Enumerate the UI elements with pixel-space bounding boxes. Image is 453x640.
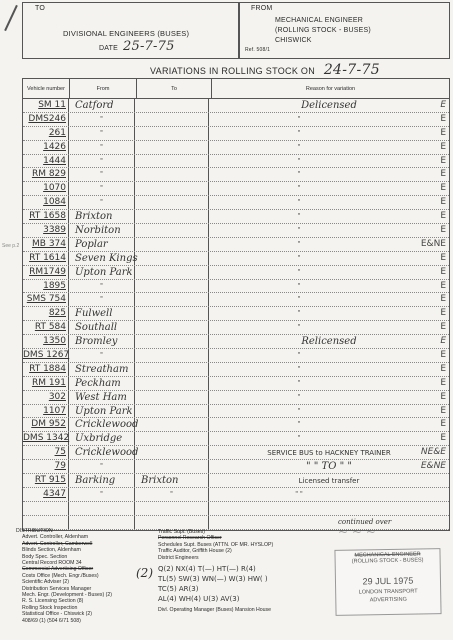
from-garage: ": [69, 196, 135, 209]
engineer-code: E: [440, 224, 446, 237]
engineer-code: E: [440, 363, 446, 376]
reason: SERVICE BUS to HACKNEY TRAINERNE&E: [209, 446, 449, 459]
engineer-code: E: [440, 182, 446, 195]
reason-text: ": [298, 130, 301, 137]
to-garage: [135, 446, 209, 459]
engineer-code: E: [440, 307, 446, 320]
to-garage: [135, 266, 209, 279]
table-row: RM1749Upton Park"E: [23, 266, 449, 280]
ref-number: Ref. 508/1: [245, 47, 270, 53]
from-garage: Norbiton: [69, 224, 135, 237]
date-value: 25-7-75: [123, 39, 175, 54]
from-garage: Uxbridge: [69, 432, 135, 445]
reason-text: " " TO " ": [306, 461, 352, 472]
column-header-vehicle: Vehicle number: [23, 79, 70, 98]
to-garage: [135, 516, 209, 529]
table-row: RM 191Peckham"E: [23, 377, 449, 391]
from-garage: Catford: [69, 99, 135, 112]
from-garage: ": [69, 182, 135, 195]
to-garage: [135, 405, 209, 418]
table-row: 1107Upton Park"E: [23, 405, 449, 419]
to-garage: [135, 460, 209, 473]
district-code-line: TC(5) AR(3): [158, 584, 273, 594]
from-line2: (ROLLING STOCK - BUSES): [275, 27, 371, 34]
vehicle-number: RT 915: [23, 474, 69, 487]
district-codes: Q(2) NX(4) T(—) HT(—) R(4)TL(5) SW(3) WN…: [158, 564, 273, 604]
reason-text: ": [298, 255, 301, 262]
reason-text: ": [298, 296, 301, 303]
to-label: TO: [35, 5, 45, 12]
engineer-code: E: [440, 168, 446, 181]
reason-text: Licensed transfer: [299, 477, 360, 485]
engineer-code: E: [440, 377, 446, 390]
table-row: 1426""E: [23, 141, 449, 155]
page-title: VARIATIONS IN ROLLING STOCK ON 24-7-75: [150, 62, 380, 78]
distribution-footer: Divl. Operating Manager (Buses) Mansion …: [158, 607, 273, 613]
from-garage: Upton Park: [69, 266, 135, 279]
distribution-list: DISTRIBUTION Advert. Controller, Aldenha…: [16, 528, 112, 624]
vehicle-number: 1107: [23, 405, 69, 418]
reason: [209, 516, 449, 529]
reason: [209, 502, 449, 515]
reason: "E: [209, 293, 449, 306]
vehicle-number: 1070: [23, 182, 69, 195]
reason: "E: [209, 210, 449, 223]
engineer-code: E&NE: [421, 238, 446, 251]
engineer-code: E: [440, 321, 446, 334]
vehicle-number: MB 374: [23, 238, 69, 251]
reason-text: ": [298, 199, 301, 206]
vehicle-number: 1084: [23, 196, 69, 209]
date-label: DATE: [99, 45, 118, 52]
reason: "E: [209, 196, 449, 209]
reason: "E: [209, 377, 449, 390]
from-garage: Barking: [69, 474, 135, 487]
reason: "E: [209, 418, 449, 431]
reason-text: ": [298, 310, 301, 317]
reason: "E&NE: [209, 238, 449, 251]
from-garage: Streatham: [69, 363, 135, 376]
vehicle-number: RM 191: [23, 377, 69, 390]
distribution-left-column: Advert. Controller, AldenhamAdvert. Cont…: [16, 534, 112, 624]
to-garage: [135, 349, 209, 362]
stamp-date: 29 JUL 1975: [336, 575, 440, 587]
table-row: RT 915BarkingBrixtonLicensed transfer: [23, 474, 449, 488]
table-row: 75CricklewoodSERVICE BUS to HACKNEY TRAI…: [23, 446, 449, 460]
from-garage: ": [69, 293, 135, 306]
reason: "E: [209, 307, 449, 320]
reason: " " TO " "E&NE: [209, 460, 449, 473]
reason: "E: [209, 266, 449, 279]
reason: "E: [209, 405, 449, 418]
to-garage: [135, 182, 209, 195]
engineer-code: NE&E: [421, 446, 446, 459]
table-row: RT 1658Brixton"E: [23, 210, 449, 224]
from-garage: ": [69, 488, 135, 501]
table-row: SM 11CatfordDelicensedE: [23, 99, 449, 113]
column-header-to: To: [137, 79, 212, 98]
to-garage: [135, 224, 209, 237]
to-garage: [135, 155, 209, 168]
engineer-code: E: [440, 405, 446, 418]
reason: "E: [209, 280, 449, 293]
vehicle-number: RT 584: [23, 321, 69, 334]
from-garage: [69, 502, 135, 515]
from-line1: MECHANICAL ENGINEER: [275, 17, 363, 24]
table-row: 79"" " TO " "E&NE: [23, 460, 449, 474]
distribution-right: Traffic Supt. (Buses)Personnel Research …: [158, 529, 273, 613]
reason-text: ": [298, 380, 301, 387]
table-row: RT 1614Seven Kings"E: [23, 252, 449, 266]
table-header: Vehicle number From To Reason for variat…: [23, 79, 449, 99]
reason: "E: [209, 224, 449, 237]
reason-text: Relicensed: [301, 336, 356, 347]
engineer-code: E: [440, 210, 446, 223]
column-header-reason: Reason for variation: [212, 79, 449, 98]
table-row: 1070""E: [23, 182, 449, 196]
distribution-item: 408/69 (1) (504 6/71 508): [16, 618, 112, 624]
to-garage: [135, 321, 209, 334]
from-garage: Peckham: [69, 377, 135, 390]
reason-text: ": [298, 324, 301, 331]
to-garage: [135, 280, 209, 293]
table-body: SM 11CatfordDelicensedEDMS246""E261""E14…: [23, 99, 449, 530]
reason-text: ": [298, 171, 301, 178]
engineer-code: E: [440, 99, 446, 112]
table-row: 825Fulwell"E: [23, 307, 449, 321]
distribution-annotation: (2): [136, 566, 153, 580]
reason-text: ": [298, 227, 301, 234]
reason-text: ": [298, 435, 301, 442]
title-text: VARIATIONS IN ROLLING STOCK ON: [150, 66, 315, 76]
variations-table: Vehicle number From To Reason for variat…: [22, 78, 450, 531]
table-row: 302West Ham"E: [23, 391, 449, 405]
received-stamp: MECHANICAL ENGINEER (ROLLING STOCK - BUS…: [334, 548, 441, 616]
engineer-code: E: [440, 155, 446, 168]
engineer-code: E: [440, 293, 446, 306]
from-garage: ": [69, 460, 135, 473]
to-garage: [135, 377, 209, 390]
reason: Licensed transfer: [209, 474, 449, 487]
reason-text: Delicensed: [301, 100, 357, 111]
margin-note: See p.2: [2, 243, 19, 249]
from-garage: ": [69, 349, 135, 362]
reason: "E: [209, 168, 449, 181]
table-row: 1895""E: [23, 280, 449, 294]
from-garage: ": [69, 141, 135, 154]
engineer-code: E&NE: [421, 460, 446, 473]
from-garage: Cricklewood: [69, 446, 135, 459]
to-value: DIVISIONAL ENGINEERS (BUSES): [63, 29, 189, 38]
table-row: 1084""E: [23, 196, 449, 210]
vehicle-number: RT 1884: [23, 363, 69, 376]
to-garage: [135, 113, 209, 126]
from-box: FROM MECHANICAL ENGINEER (ROLLING STOCK …: [238, 2, 450, 59]
from-garage: ": [69, 127, 135, 140]
table-row: 1444""E: [23, 155, 449, 169]
engineer-code: E: [440, 266, 446, 279]
table-row: DMS246""E: [23, 113, 449, 127]
paperclip-mark: [4, 5, 18, 31]
reason-text: ": [298, 144, 301, 151]
engineer-code: E: [440, 418, 446, 431]
from-garage: ": [69, 113, 135, 126]
vehicle-number: [23, 502, 69, 515]
table-row: 3389Norbiton"E: [23, 224, 449, 238]
engineer-code: E: [440, 113, 446, 126]
table-row: MB 374Poplar"E&NE: [23, 238, 449, 252]
table-row: RT 1884Streatham"E: [23, 363, 449, 377]
from-garage: [69, 516, 135, 529]
table-row: DMS 1267""E: [23, 349, 449, 363]
to-garage: [135, 307, 209, 320]
from-garage: Southall: [69, 321, 135, 334]
to-garage: ": [135, 488, 209, 501]
reason-text: ": [298, 241, 301, 248]
column-header-from: From: [70, 79, 137, 98]
signature: ~ ~ ~: [338, 525, 376, 539]
to-garage: Brixton: [135, 474, 209, 487]
from-garage: Upton Park: [69, 405, 135, 418]
district-code-line: Q(2) NX(4) T(—) HT(—) R(4): [158, 564, 273, 574]
vehicle-number: RT 1658: [23, 210, 69, 223]
engineer-code: E: [440, 127, 446, 140]
vehicle-number: 3389: [23, 224, 69, 237]
reason-text: SERVICE BUS to HACKNEY TRAINER: [267, 449, 390, 457]
to-garage: [135, 210, 209, 223]
to-garage: [135, 293, 209, 306]
vehicle-number: [23, 516, 69, 529]
district-code-line: AL(4) WH(4) U(3) AV(3): [158, 594, 273, 604]
from-garage: Brixton: [69, 210, 135, 223]
reason-text: ": [298, 394, 301, 401]
reason: "E: [209, 155, 449, 168]
reason: "E: [209, 349, 449, 362]
to-garage: [135, 168, 209, 181]
vehicle-number: SMS 754: [23, 293, 69, 306]
vehicle-number: DM 952: [23, 418, 69, 431]
to-garage: [135, 363, 209, 376]
table-row: 1350BromleyRelicensedE: [23, 335, 449, 349]
reason-text: ": [298, 408, 301, 415]
reason: "E: [209, 252, 449, 265]
reason: "E: [209, 321, 449, 334]
reason-text: ": [298, 213, 301, 220]
table-row: DM 952Cricklewood"E: [23, 418, 449, 432]
reason: "E: [209, 432, 449, 445]
reason: "E: [209, 182, 449, 195]
reason-text: ": [298, 283, 301, 290]
vehicle-number: RM1749: [23, 266, 69, 279]
from-label: FROM: [251, 5, 272, 12]
engineer-code: E: [440, 349, 446, 362]
from-garage: Fulwell: [69, 307, 135, 320]
table-row: DMS 1342Uxbridge"E: [23, 432, 449, 446]
vehicle-number: 1426: [23, 141, 69, 154]
to-box: TO DIVISIONAL ENGINEERS (BUSES) DATE 25-…: [22, 2, 240, 59]
vehicle-number: RM 829: [23, 168, 69, 181]
from-garage: Poplar: [69, 238, 135, 251]
stamp-line4: ADVERTISING: [336, 596, 440, 604]
vehicle-number: 825: [23, 307, 69, 320]
vehicle-number: 1444: [23, 155, 69, 168]
vehicle-number: DMS 1342: [23, 432, 69, 445]
from-garage: ": [69, 168, 135, 181]
vehicle-number: 75: [23, 446, 69, 459]
reason: "E: [209, 363, 449, 376]
vehicle-number: 302: [23, 391, 69, 404]
to-garage: [135, 418, 209, 431]
district-code-line: TL(5) SW(3) WN(—) W(3) HW( ): [158, 574, 273, 584]
reason-text: ": [298, 366, 301, 373]
table-row: 261""E: [23, 127, 449, 141]
to-garage: [135, 141, 209, 154]
reason: " ": [209, 488, 449, 501]
reason-text: ": [298, 116, 301, 123]
engineer-code: E: [440, 335, 446, 348]
reason: "E: [209, 391, 449, 404]
distribution-item: District Engineers: [158, 555, 273, 561]
reason-text: ": [298, 185, 301, 192]
to-garage: [135, 502, 209, 515]
reason: "E: [209, 141, 449, 154]
engineer-code: E: [440, 141, 446, 154]
engineer-code: E: [440, 432, 446, 445]
vehicle-number: RT 1614: [23, 252, 69, 265]
to-garage: [135, 252, 209, 265]
to-garage: [135, 238, 209, 251]
from-garage: Seven Kings: [69, 252, 135, 265]
from-garage: Bromley: [69, 335, 135, 348]
table-row: SMS 754""E: [23, 293, 449, 307]
reason-text: ": [298, 158, 301, 165]
from-line3: CHISWICK: [275, 37, 312, 44]
engineer-code: E: [440, 252, 446, 265]
vehicle-number: 1895: [23, 280, 69, 293]
vehicle-number: 1350: [23, 335, 69, 348]
engineer-code: E: [440, 391, 446, 404]
distribution-right-column: Traffic Supt. (Buses)Personnel Research …: [158, 529, 273, 561]
reason: DelicensedE: [209, 99, 449, 112]
to-garage: [135, 196, 209, 209]
table-row: RT 584Southall"E: [23, 321, 449, 335]
to-garage: [135, 391, 209, 404]
reason-text: ": [298, 352, 301, 359]
vehicle-number: SM 11: [23, 99, 69, 112]
vehicle-number: 4347: [23, 488, 69, 501]
from-garage: ": [69, 280, 135, 293]
to-garage: [135, 99, 209, 112]
from-garage: ": [69, 155, 135, 168]
reason-text: " ": [295, 491, 302, 498]
reason: RelicensedE: [209, 335, 449, 348]
table-row: 4347""" ": [23, 488, 449, 502]
to-garage: [135, 335, 209, 348]
vehicle-number: 261: [23, 127, 69, 140]
to-garage: [135, 432, 209, 445]
reason: "E: [209, 127, 449, 140]
reason-text: ": [298, 269, 301, 276]
vehicle-number: DMS246: [23, 113, 69, 126]
engineer-code: E: [440, 280, 446, 293]
stamp-line3: LONDON TRANSPORT: [336, 588, 440, 596]
to-garage: [135, 127, 209, 140]
vehicle-number: DMS 1267: [23, 349, 69, 362]
vehicle-number: 79: [23, 460, 69, 473]
table-row: [23, 502, 449, 516]
stamp-line2: (ROLLING STOCK - BUSES): [336, 557, 440, 565]
engineer-code: E: [440, 196, 446, 209]
title-date: 24-7-75: [324, 62, 380, 78]
table-row: RM 829""E: [23, 168, 449, 182]
reason-text: ": [298, 421, 301, 428]
reason: "E: [209, 113, 449, 126]
from-garage: Cricklewood: [69, 418, 135, 431]
from-garage: West Ham: [69, 391, 135, 404]
